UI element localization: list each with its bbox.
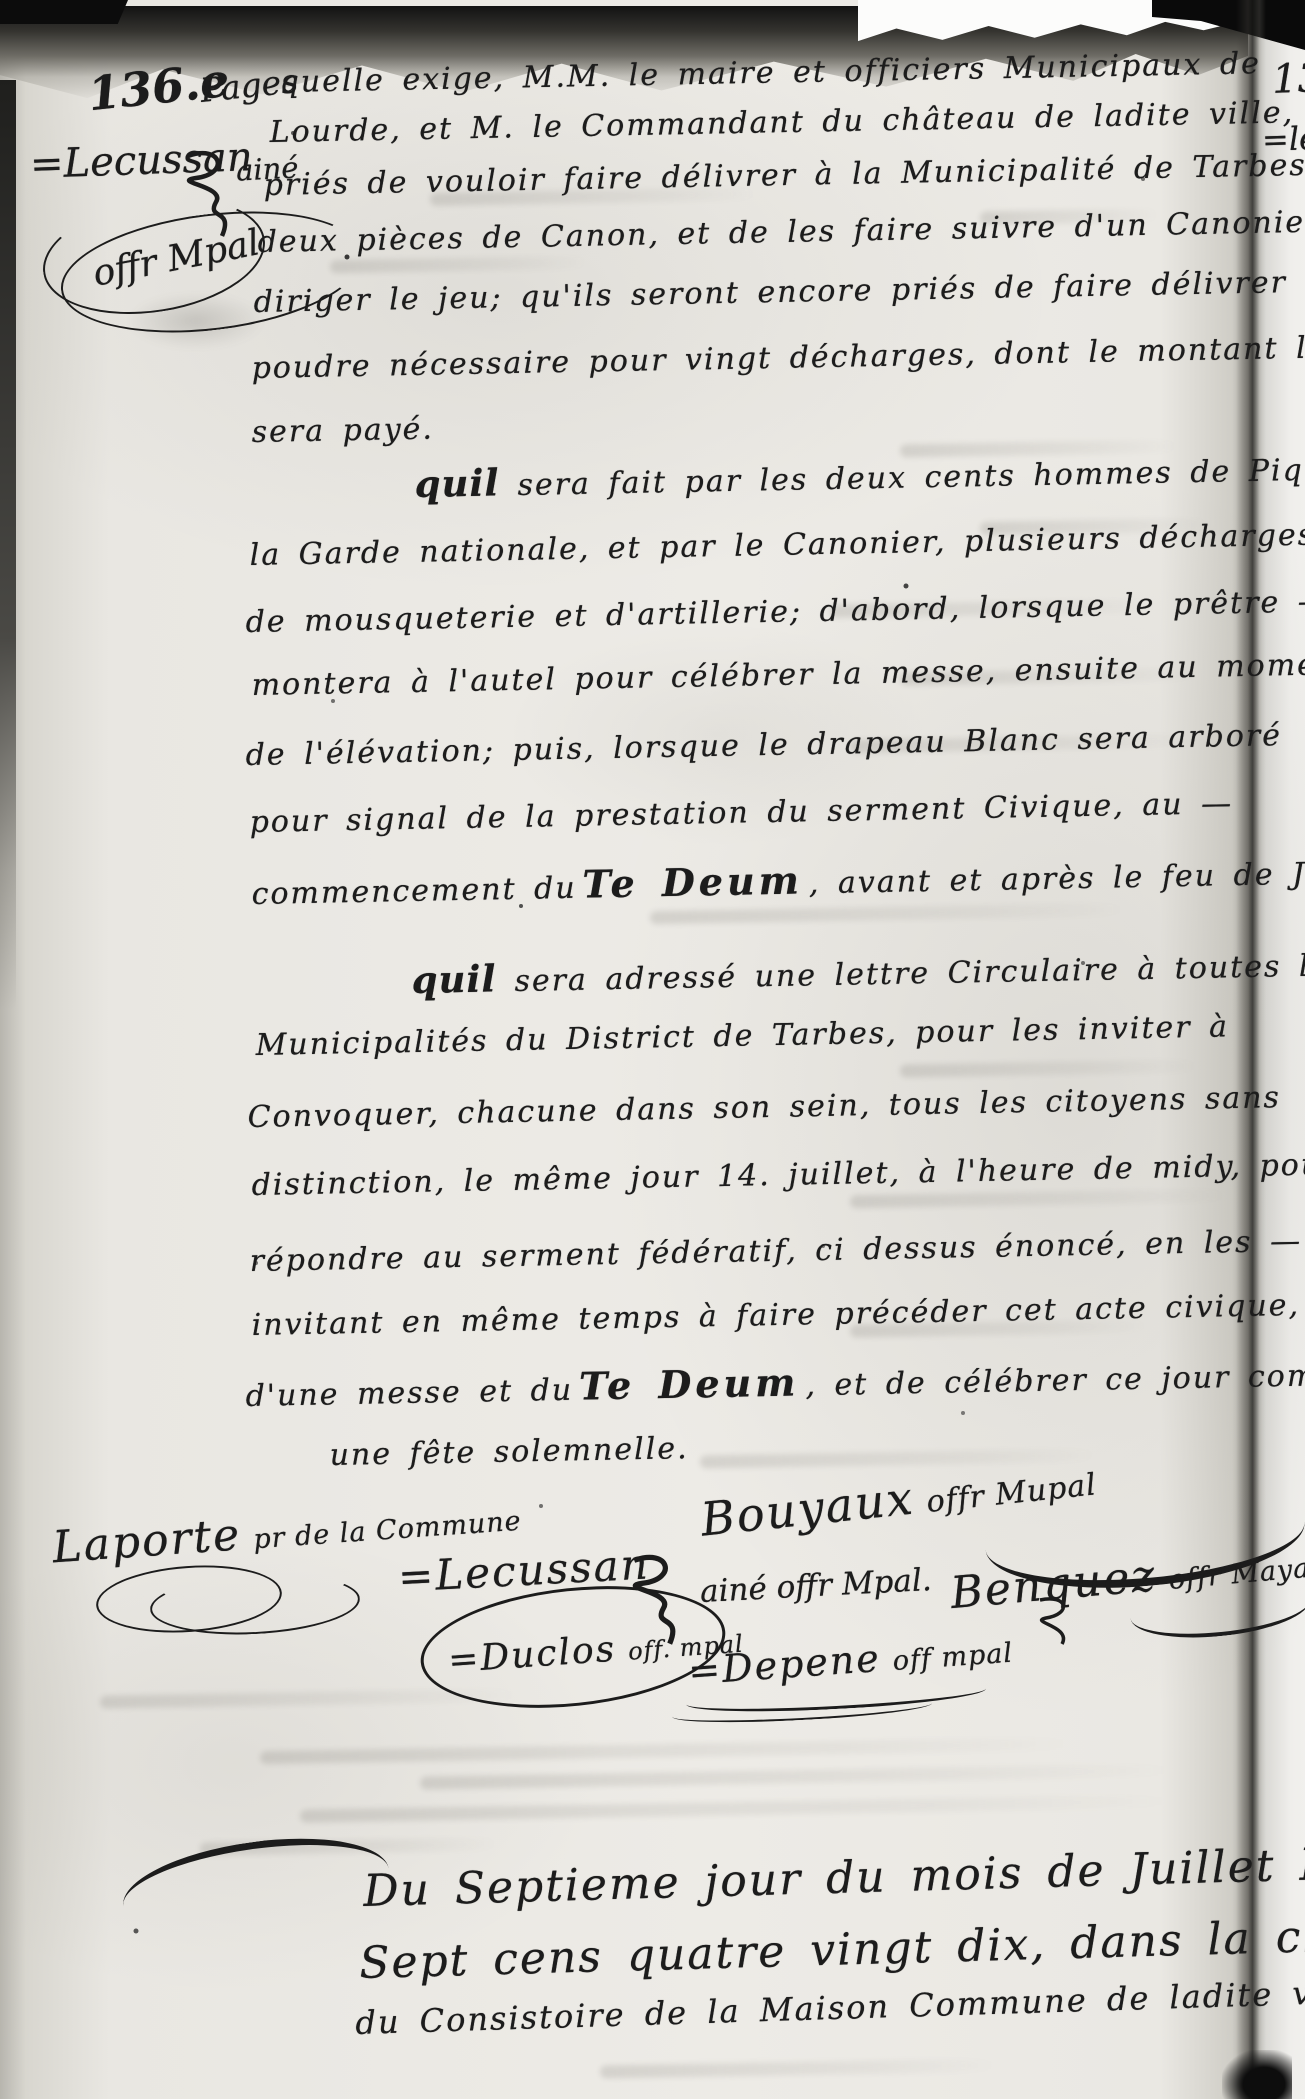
bleedthrough-mark bbox=[260, 1737, 1080, 1764]
manuscript-line: pour signal de la prestation du serment … bbox=[249, 786, 1233, 840]
manuscript-scan: 136.e Pages =Lecussan ainé offr Mpal que… bbox=[0, 0, 1305, 2099]
te-deum-emphasis: Te Deum bbox=[582, 857, 803, 906]
signature-title: off mpal bbox=[892, 1638, 1014, 1677]
manuscript-line: sera payé. bbox=[251, 412, 434, 450]
manuscript-line: commencement duTe Deum, avant et après l… bbox=[251, 847, 1305, 913]
paper-speckles bbox=[0, 0, 2, 2]
manuscript-line: deux pièces de Canon, et de les faire su… bbox=[257, 202, 1305, 260]
manuscript-line: la Garde nationale, et par le Canonier, … bbox=[249, 518, 1305, 573]
line-text: commencement du bbox=[251, 871, 577, 912]
manuscript-line: montera à l'autel pour célébrer la messe… bbox=[251, 647, 1305, 703]
manuscript-line: répondre au serment fédératif, ci dessus… bbox=[249, 1224, 1302, 1279]
manuscript-line: de mousqueterie et d'artillerie; d'abord… bbox=[245, 584, 1305, 640]
line-text: sera fait par les deux cents hommes de P… bbox=[517, 451, 1305, 503]
manuscript-line: quilsera fait par les deux cents hommes … bbox=[414, 443, 1305, 506]
manuscript-line: Convoquer, chacune dans son sein, tous l… bbox=[247, 1080, 1281, 1135]
manuscript-line: Municipalités du District de Tarbes, pou… bbox=[255, 1009, 1229, 1063]
manuscript-line: poudre nécessaire pour vingt décharges, … bbox=[251, 330, 1305, 386]
signature-paraph-flourish bbox=[1032, 1594, 1078, 1654]
page-left-edge bbox=[0, 80, 16, 1010]
line-text: , et de célébrer ce jour comme bbox=[805, 1357, 1305, 1403]
manuscript-line: invitant en même temps à faire précéder … bbox=[251, 1288, 1300, 1343]
closing-line: Sept cens quatre vingt dix, dans la cham… bbox=[359, 1907, 1305, 1989]
bleedthrough-mark bbox=[420, 1763, 1180, 1789]
manuscript-line: de l'élévation; puis, lorsque le drapeau… bbox=[245, 718, 1282, 773]
bleedthrough-mark bbox=[900, 1059, 1200, 1077]
paragraph-lead-word: quil bbox=[414, 460, 500, 506]
manuscript-line: diriger le jeu; qu'ils seront encore pri… bbox=[253, 264, 1305, 320]
te-deum-emphasis: Te Deum bbox=[579, 1359, 800, 1408]
bleedthrough-mark bbox=[650, 903, 1130, 924]
line-text: , avant et après le feu de Joye bbox=[809, 856, 1305, 902]
manuscript-line: d'une messe et duTe Deum, et de célébrer… bbox=[245, 1348, 1305, 1415]
binding-gutter bbox=[1236, 0, 1266, 2099]
scan-border-top-left bbox=[0, 0, 128, 24]
manuscript-line: Lourde, et M. le Commandant du château d… bbox=[269, 93, 1305, 150]
line-text: d'une messe et du bbox=[245, 1373, 573, 1414]
signature-name: Bouyaux bbox=[698, 1471, 917, 1547]
manuscript-line: priés de vouloir faire délivrer à la Mun… bbox=[263, 147, 1305, 203]
bleedthrough-mark bbox=[300, 1794, 1180, 1822]
facing-page-line-fragment: =le bbox=[1261, 119, 1305, 159]
signature-lecussan-title: ainé offr Mpal. bbox=[699, 1562, 932, 1610]
bleedthrough-mark bbox=[600, 2059, 1000, 2079]
manuscript-line: quilsera adressé une lettre Circulaire à… bbox=[411, 940, 1305, 1002]
bleedthrough-mark bbox=[330, 256, 590, 274]
scan-corner-bottom-right bbox=[1222, 2050, 1292, 2099]
paragraph-lead-word: quil bbox=[411, 956, 497, 1002]
facing-page-number-fragment: 13 bbox=[1271, 55, 1305, 103]
line-text: sera adressé une lettre Circulaire à tou… bbox=[514, 948, 1305, 999]
closing-line: Du Septieme jour du mois de Juillet Mil bbox=[363, 1838, 1305, 1917]
bleedthrough-mark bbox=[850, 1189, 1230, 1209]
signature-name: Laporte bbox=[51, 1509, 243, 1573]
manuscript-line: une fête solemnelle. bbox=[329, 1431, 689, 1473]
